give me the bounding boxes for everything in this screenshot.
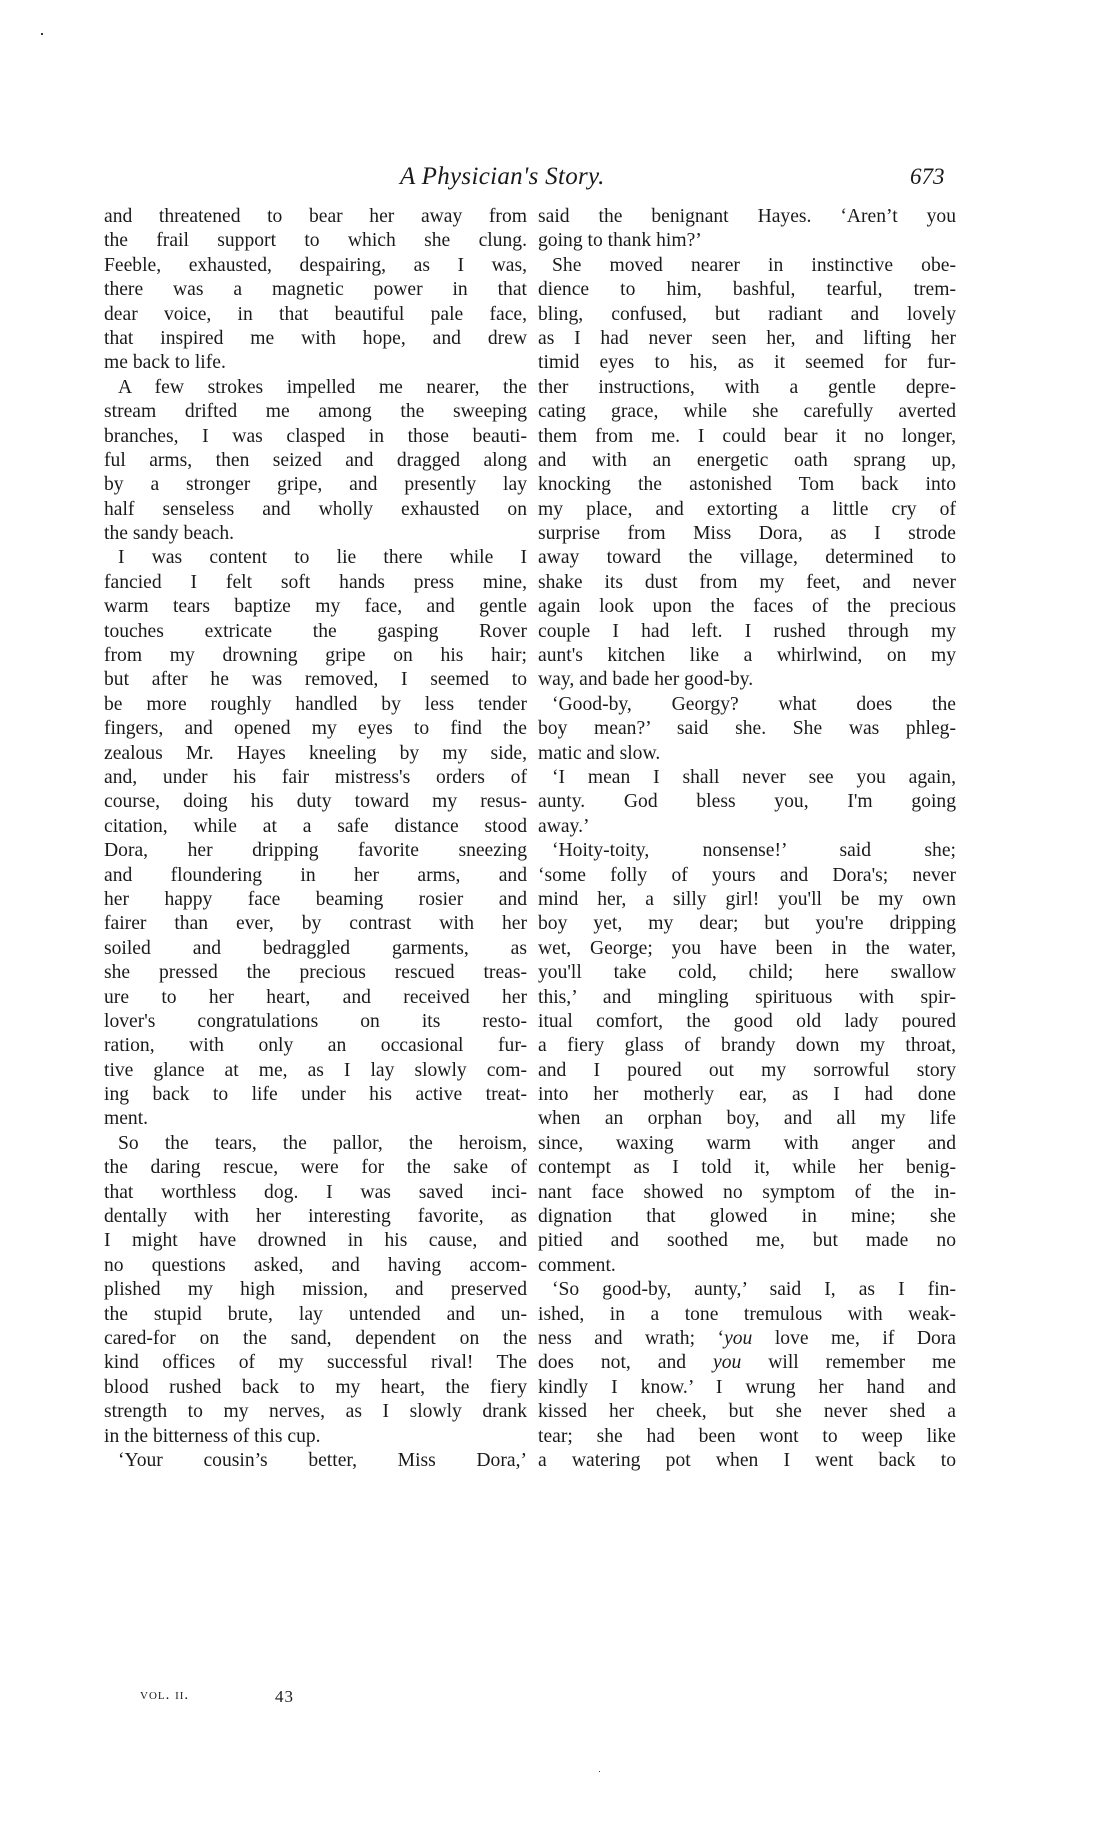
text-line: the daring rescue, were for the sake of [104,1156,527,1180]
text-line: dentally with her interesting favorite, … [104,1205,527,1229]
text-line: ‘Good-by, Georgy? what does the [538,693,956,717]
text-line: ration, with only an occasional fur- [104,1034,527,1058]
text-line: touches extricate the gasping Rover [104,620,527,644]
text-line: tive glance at me, as I lay slowly com- [104,1059,527,1083]
text-line: strength to my nerves, as I slowly drank [104,1400,527,1424]
text-line: contempt as I told it, while her benig- [538,1156,956,1180]
text-line: knocking the astonished Tom back into [538,473,956,497]
text-line: there was a magnetic power in that [104,278,527,302]
text-line: surprise from Miss Dora, as I strode [538,522,956,546]
running-title: A Physician's Story. [400,163,605,191]
text-line: kissed her cheek, but she never shed a [538,1400,956,1424]
text-line: me back to life. [104,351,527,375]
text-line: ‘So good-by, aunty,’ said I, as I fin- [538,1278,956,1302]
text-line: as I had never seen her, and lifting her [538,327,956,351]
text-line: the frail support to which she clung. [104,229,527,253]
text-line: fairer than ever, by contrast with her [104,912,527,936]
text-line: nant face showed no symptom of the in- [538,1181,956,1205]
text-line: from my drowning gripe on his hair; [104,644,527,668]
text-line: my place, and extorting a little cry of [538,498,956,522]
text-line: plished my high mission, and preserved [104,1278,527,1302]
text-line: So the tears, the pallor, the heroism, [104,1132,527,1156]
text-line: kind offices of my successful rival! The [104,1351,527,1375]
print-speck [599,1771,600,1772]
text-line: dear voice, in that beautiful pale face, [104,303,527,327]
text-line: Feeble, exhausted, despairing, as I was, [104,254,527,278]
text-line: tear; she had been wont to weep like [538,1425,956,1449]
text-line: ness and wrath; ‘you love me, if Dora [538,1327,956,1351]
text-line: going to thank him?’ [538,229,956,253]
text-line: zealous Mr. Hayes kneeling by my side, [104,742,527,766]
text-line: half senseless and wholly exhausted on [104,498,527,522]
right-column: said the benignant Hayes. ‘Aren’t yougoi… [538,205,956,1473]
signature-number: 43 [275,1687,294,1707]
text-line: bling, confused, but radiant and lovely [538,303,956,327]
text-line: and threatened to bear her away from [104,205,527,229]
text-line: kindly I know.’ I wrung her hand and [538,1376,956,1400]
text-line: cared-for on the sand, dependent on the [104,1327,527,1351]
text-line: stream drifted me among the sweeping [104,400,527,424]
running-head: A Physician's Story. 673 [0,163,1120,197]
text-line: lover's congratulations on its resto- [104,1010,527,1034]
text-line: ing back to life under his active treat- [104,1083,527,1107]
text-line: does not, and you will remember me [538,1351,956,1375]
text-line: aunt's kitchen like a whirlwind, on my [538,644,956,668]
text-line: boy mean?’ said she. She was phleg- [538,717,956,741]
text-line: A few strokes impelled me nearer, the [104,376,527,400]
text-line: in the bitterness of this cup. [104,1425,527,1449]
text-line: away toward the village, determined to [538,546,956,570]
print-speck [41,33,43,35]
text-line: soiled and bedraggled garments, as [104,937,527,961]
text-line: cating grace, while she carefully averte… [538,400,956,424]
volume-label: vol. ii. [140,1687,189,1703]
text-line: again look upon the faces of the preciou… [538,595,956,619]
page-number: 673 [910,164,945,190]
text-line: a watering pot when I went back to [538,1449,956,1473]
text-line: this,’ and mingling spirituous with spir… [538,986,956,1010]
text-line: branches, I was clasped in those beauti- [104,425,527,449]
book-page: A Physician's Story. 673 and threatened … [0,0,1120,1825]
text-line: no questions asked, and having accom- [104,1254,527,1278]
signature-mark: vol. ii. 43 [140,1687,189,1704]
text-line: away.’ [538,815,956,839]
text-line: since, waxing warm with anger and [538,1132,956,1156]
text-line: be more roughly handled by less tender [104,693,527,717]
text-line: ‘some folly of yours and Dora's; never [538,864,956,888]
text-line: the sandy beach. [104,522,527,546]
text-line: her happy face beaming rosier and [104,888,527,912]
text-line: way, and bade her good-by. [538,668,956,692]
text-line: ure to her heart, and received her [104,986,527,1010]
text-line: dience to him, bashful, tearful, trem- [538,278,956,302]
text-line: mind her, a silly girl! you'll be my own [538,888,956,912]
text-line: aunty. God bless you, I'm going [538,790,956,814]
text-line: ‘Your cousin’s better, Miss Dora,’ [104,1449,527,1473]
text-line: ful arms, then seized and dragged along [104,449,527,473]
text-line: citation, while at a safe distance stood [104,815,527,839]
text-line: Dora, her dripping favorite sneezing [104,839,527,863]
text-line: timid eyes to his, as it seemed for fur- [538,351,956,375]
text-line: but after he was removed, I seemed to [104,668,527,692]
text-line: a fiery glass of brandy down my throat, [538,1034,956,1058]
text-line: ‘Hoity-toity, nonsense!’ said she; [538,839,956,863]
text-line: that worthless dog. I was saved inci- [104,1181,527,1205]
text-line: you'll take cold, child; here swallow [538,961,956,985]
text-line: pitied and soothed me, but made no [538,1229,956,1253]
text-line: comment. [538,1254,956,1278]
text-line: and floundering in her arms, and [104,864,527,888]
text-line: them from me. I could bear it no longer, [538,425,956,449]
text-line: the stupid brute, lay untended and un- [104,1303,527,1327]
text-line: ther instructions, with a gentle depre- [538,376,956,400]
text-line: blood rushed back to my heart, the fiery [104,1376,527,1400]
text-line: ‘I mean I shall never see you again, [538,766,956,790]
text-line: and I poured out my sorrowful story [538,1059,956,1083]
text-line: boy yet, my dear; but you're dripping [538,912,956,936]
text-line: dignation that glowed in mine; she [538,1205,956,1229]
text-line: matic and slow. [538,742,956,766]
left-column: and threatened to bear her away fromthe … [104,205,527,1473]
text-line: fingers, and opened my eyes to find the [104,717,527,741]
text-line: ished, in a tone tremulous with weak- [538,1303,956,1327]
text-line: by a stronger gripe, and presently lay [104,473,527,497]
text-line: she pressed the precious rescued treas- [104,961,527,985]
text-line: warm tears baptize my face, and gentle [104,595,527,619]
text-line: couple I had left. I rushed through my [538,620,956,644]
text-line: fancied I felt soft hands press mine, [104,571,527,595]
text-line: into her motherly ear, as I had done [538,1083,956,1107]
text-line: that inspired me with hope, and drew [104,327,527,351]
text-line: She moved nearer in instinctive obe- [538,254,956,278]
text-line: course, doing his duty toward my resus- [104,790,527,814]
text-line: ment. [104,1107,527,1131]
text-line: said the benignant Hayes. ‘Aren’t you [538,205,956,229]
text-line: when an orphan boy, and all my life [538,1107,956,1131]
text-line: itual comfort, the good old lady poured [538,1010,956,1034]
text-line: and, under his fair mistress's orders of [104,766,527,790]
text-line: wet, George; you have been in the water, [538,937,956,961]
text-line: I was content to lie there while I [104,546,527,570]
text-line: I might have drowned in his cause, and [104,1229,527,1253]
text-line: shake its dust from my feet, and never [538,571,956,595]
text-line: and with an energetic oath sprang up, [538,449,956,473]
